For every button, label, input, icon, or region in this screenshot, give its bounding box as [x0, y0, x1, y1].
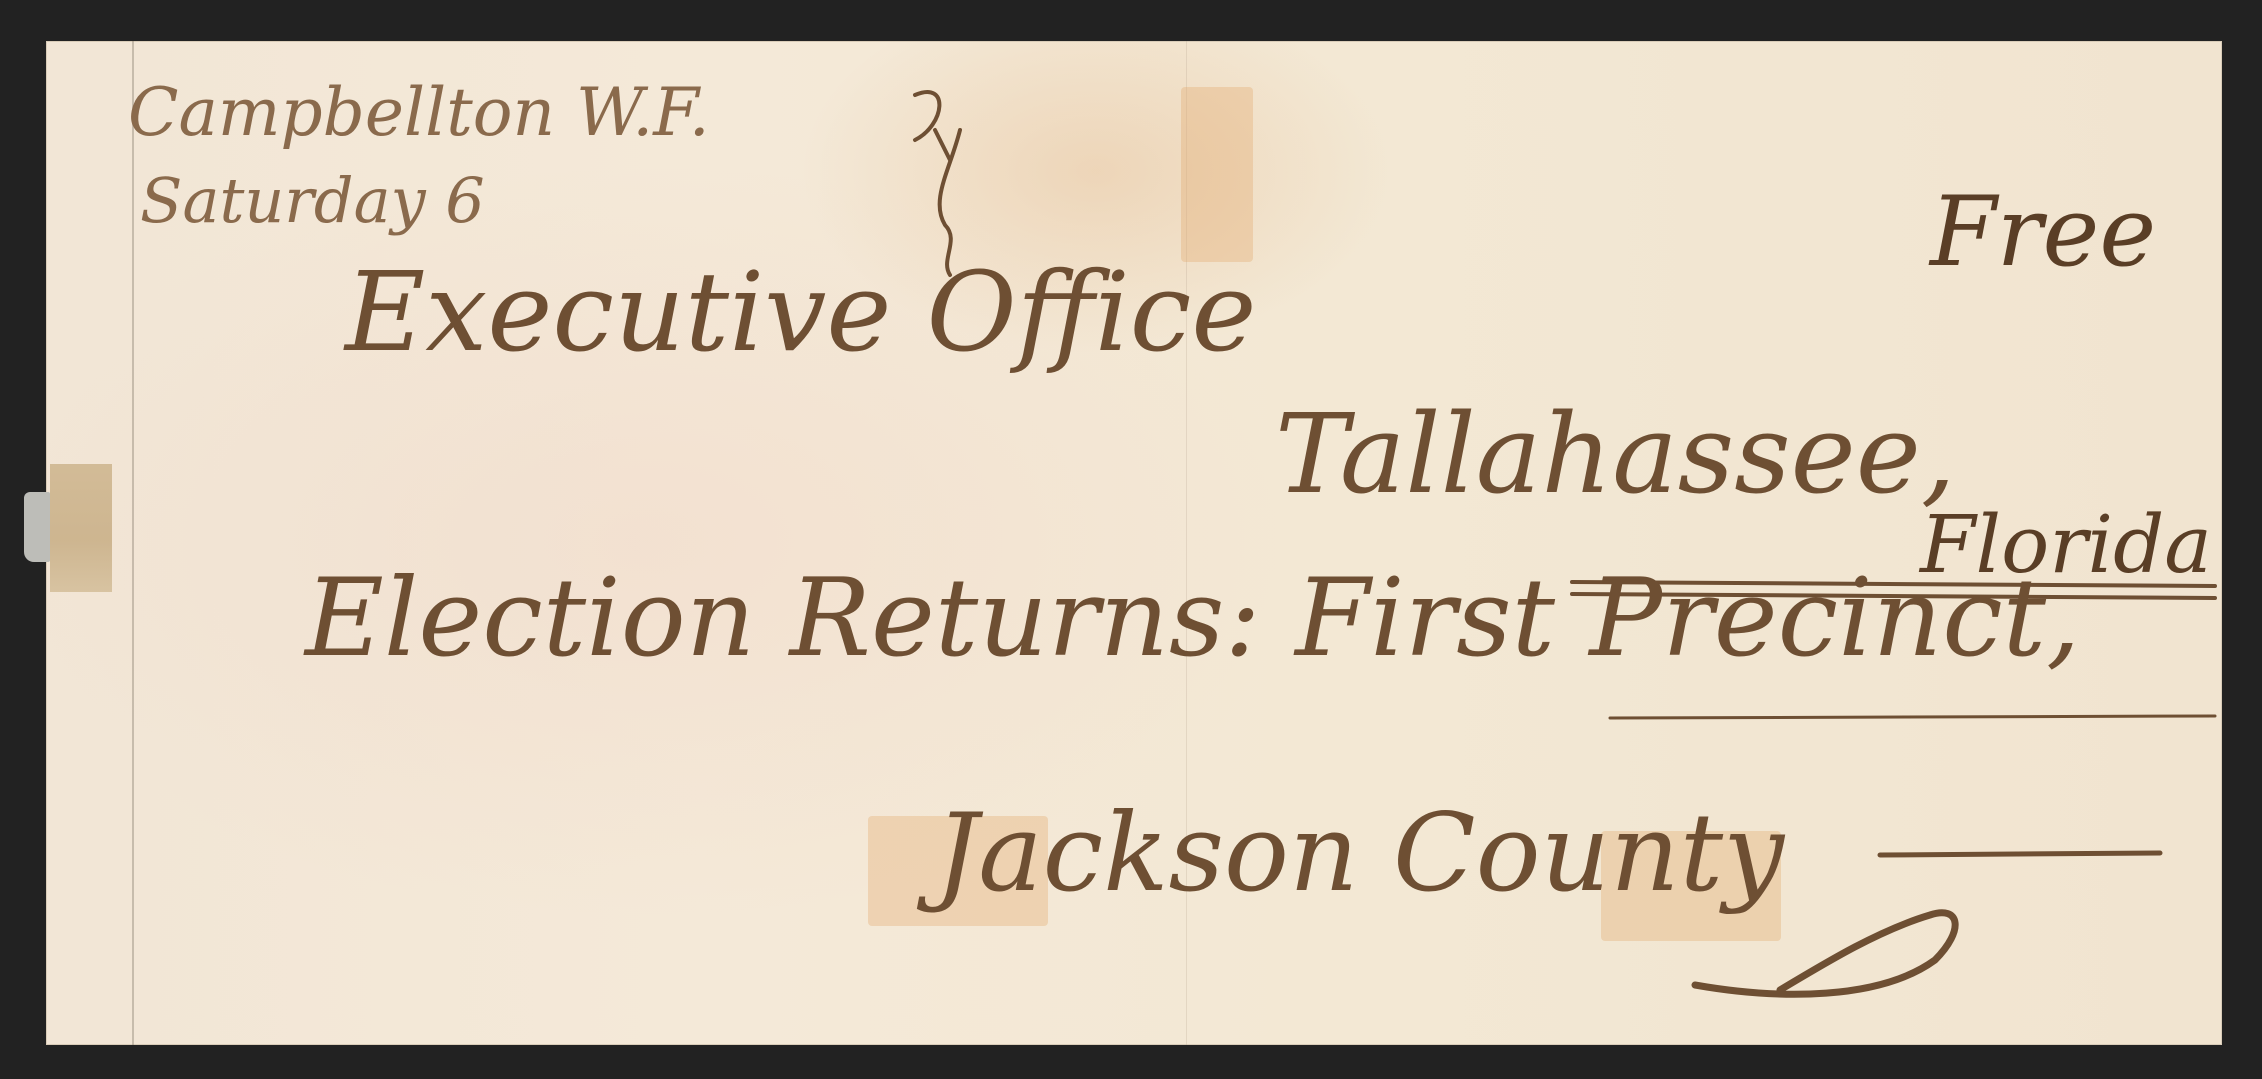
rate-marking: Free: [1928, 176, 2156, 288]
subject-rule: [1610, 716, 2215, 718]
address-line-1: Executive Office: [343, 248, 1256, 376]
closing-flourish: [1695, 913, 1955, 994]
docket-line-1: Campbellton W.F.: [128, 74, 710, 151]
docket-line-2: Saturday 6: [140, 164, 485, 237]
county-rule: [1880, 853, 2160, 855]
address-line-2: Tallahassee,: [1275, 390, 1956, 518]
subject-line-1: Election Returns: First Precinct,: [303, 556, 2080, 681]
handwriting-layer: Campbellton W.F. Saturday 6 Free Executi…: [0, 0, 2262, 1079]
subject-line-2: Jackson County: [916, 791, 1786, 916]
